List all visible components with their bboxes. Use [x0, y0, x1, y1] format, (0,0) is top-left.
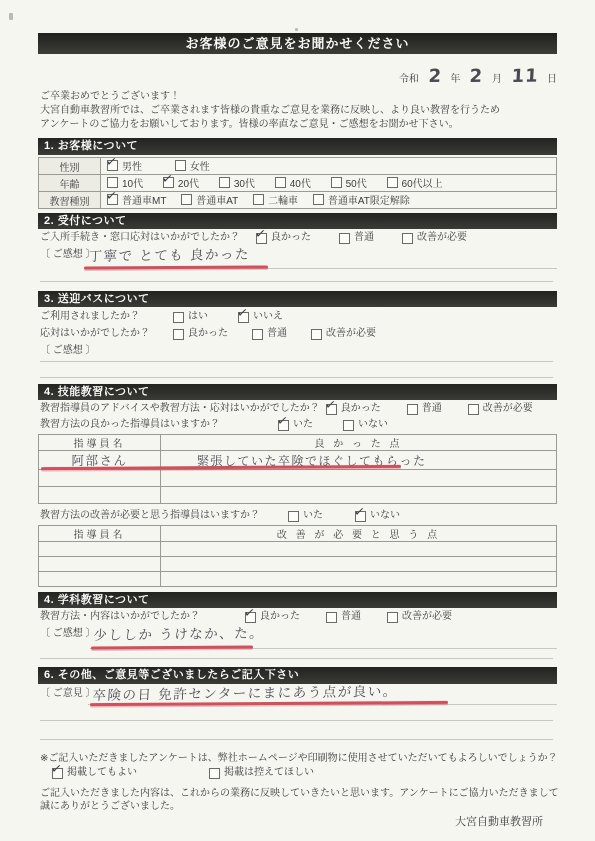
day-unit: 日	[547, 70, 557, 85]
table-row	[39, 572, 557, 587]
section-header-customer: 1. お客様について	[38, 138, 557, 155]
intro-paragraph: ご卒業おめでとうございます！ 大宮自動車教習所では、ご卒業されます皆様の貴重なご…	[40, 90, 557, 132]
section-header-shuttle-bus: 3. 送迎バスについて	[38, 291, 557, 307]
checkbox-label: 30代	[234, 175, 255, 190]
bus-used-question-line: ご利用されましたか？ はい いいえ	[40, 310, 557, 324]
section-title: 6. その他、ご意見等ございましたらご記入下さい	[44, 669, 299, 681]
checkbox-label: 掲載してもよい	[67, 766, 137, 780]
checkbox-option-motorcycle[interactable]: 二輪車	[253, 192, 298, 207]
improve-instructor-table: 指導員名 改 善 が 必 要 と 思 う 点	[38, 525, 557, 587]
skill-question-line: 教習指導員のアドバイスや教習方法・応対はいかがでしたか？ 良かった 普通 改善が…	[40, 402, 557, 416]
improve-instructor-question-line: 教習方法の改善が必要と思う指導員はいますか？ いた いない	[40, 509, 557, 523]
checkbox-label: 普通車MT	[122, 192, 166, 207]
intro-line: アンケートのご協力をお願いしております。皆様の率直なご意見・ご感想をお聞かせ下さ…	[40, 118, 557, 132]
checkbox-icon[interactable]	[107, 177, 118, 188]
checkbox-option-normal[interactable]: 普通	[252, 327, 287, 341]
checkbox-option-yes[interactable]: はい	[173, 310, 208, 324]
checkbox-option-no[interactable]: いいえ	[238, 310, 283, 324]
checkbox-label: 良かった	[260, 610, 300, 624]
publication-consent-note: ※ご記入いただきましたアンケートは、弊社ホームページや印刷物に使用させていただい…	[40, 752, 561, 765]
year-field[interactable]: 2	[428, 66, 443, 87]
good-instructor-question-line: 教習方法の良かった指導員はいますか？ いた いない	[40, 418, 557, 432]
checkbox-option-inai[interactable]: いない	[355, 509, 400, 523]
section-header-skill-training: 4. 技能教習について	[38, 384, 557, 400]
month-unit: 月	[492, 70, 502, 85]
checkbox-label: 良かった	[271, 231, 311, 245]
ruled-line[interactable]	[40, 739, 553, 740]
checkbox-option-at-limited[interactable]: 普通車AT限定解除	[313, 192, 410, 207]
checkbox-label: 良かった	[188, 327, 228, 341]
checkbox-option-needs-improvement[interactable]: 改善が必要	[402, 231, 467, 245]
section-title: 4. 学科教習について	[44, 594, 150, 606]
checkbox-label: はい	[188, 310, 208, 324]
checkbox-icon[interactable]	[256, 233, 267, 244]
era-label: 令和	[399, 70, 419, 85]
checkbox-icon[interactable]	[407, 404, 418, 415]
checkbox-label: 普通	[267, 327, 287, 341]
checkbox-option-good[interactable]: 良かった	[326, 402, 381, 416]
column-header: 改 善 が 必 要 と 思 う 点	[161, 526, 557, 542]
scan-artifact	[9, 13, 13, 20]
checkbox-icon[interactable]	[311, 329, 322, 340]
checkbox-option-needs-improvement[interactable]: 改善が必要	[468, 402, 533, 416]
checkbox-option-age40[interactable]: 40代	[275, 175, 311, 190]
checkbox-option-needs-improvement[interactable]: 改善が必要	[387, 610, 452, 624]
classroom-comment-value: 少ししか うけなか、た。	[93, 622, 265, 644]
checkbox-icon[interactable]	[326, 612, 337, 623]
checkbox-icon[interactable]	[52, 768, 63, 779]
checkbox-label: 60代以上	[402, 175, 443, 190]
ruled-line[interactable]	[40, 377, 553, 378]
ruled-line[interactable]	[40, 720, 553, 721]
month-field[interactable]: 2	[469, 66, 484, 87]
column-header: 良 か っ た 点	[161, 435, 557, 451]
checkbox-icon[interactable]	[278, 420, 289, 431]
ruled-line	[40, 281, 553, 282]
section-header-classroom-training: 4. 学科教習について	[38, 592, 557, 608]
checkbox-option-male[interactable]: 男性	[107, 158, 142, 173]
checkbox-option-good[interactable]: 良かった	[173, 327, 228, 341]
table-header-row: 指導員名 改 善 が 必 要 と 思 う 点	[39, 526, 557, 542]
checkbox-icon[interactable]	[173, 312, 184, 323]
checkbox-option-ita[interactable]: いた	[278, 418, 313, 432]
checkbox-option-age20[interactable]: 20代	[163, 175, 199, 190]
bus-service-question-line: 応対はいかがでしたか？ 良かった 普通 改善が必要	[40, 327, 557, 341]
table-header-row: 指導員名 良 か っ た 点	[39, 435, 557, 451]
checkbox-icon[interactable]	[343, 420, 354, 431]
row-label: 年齢	[39, 175, 101, 192]
section-title: 3. 送迎バスについて	[44, 293, 150, 305]
table-row	[39, 487, 557, 504]
checkbox-icon[interactable]	[209, 768, 220, 779]
section-title: 1. お客様について	[44, 140, 138, 152]
question-text: 教習方法の良かった指導員はいますか？	[40, 418, 220, 432]
checkbox-icon[interactable]	[275, 177, 286, 188]
checkbox-option-inai[interactable]: いない	[343, 418, 388, 432]
comment-label: 〔 ご感想 〕	[40, 344, 96, 358]
checkbox-icon[interactable]	[339, 233, 350, 244]
section-title: 2. 受付について	[44, 215, 127, 227]
checkbox-icon[interactable]	[107, 160, 118, 171]
checkbox-label: 普通	[341, 610, 361, 624]
checkbox-label: 掲載は控えてほしい	[224, 766, 314, 780]
checkbox-icon[interactable]	[313, 194, 324, 205]
school-signature: 大宮自動車教習所	[40, 813, 543, 829]
checkbox-icon[interactable]	[252, 329, 263, 340]
date-line: 令和 2 年 2 月 11 日	[38, 62, 557, 90]
checkbox-label: 普通車AT限定解除	[328, 192, 410, 207]
table-row	[39, 557, 557, 572]
bus-comment-label: 〔 ご感想 〕	[40, 344, 557, 358]
table-row-gender: 性別 男性 女性	[39, 158, 557, 175]
checkbox-label: 20代	[178, 175, 199, 190]
checkbox-icon[interactable]	[107, 194, 118, 205]
checkbox-icon[interactable]	[288, 511, 299, 522]
ruled-line[interactable]	[40, 361, 553, 362]
other-comment-value: 卒険の日 免許センターにまにあう点が良い。	[92, 680, 398, 704]
checkbox-option-publish-ok[interactable]: 掲載してもよい	[52, 766, 137, 780]
checkbox-label: 改善が必要	[417, 231, 467, 245]
checkbox-label: 改善が必要	[483, 402, 533, 416]
checkbox-icon[interactable]	[219, 177, 230, 188]
checkbox-label: いた	[293, 418, 313, 432]
checkbox-label: 改善が必要	[402, 610, 452, 624]
checkbox-option-normal[interactable]: 普通	[326, 610, 361, 624]
column-header: 指導員名	[39, 526, 161, 542]
checkbox-label: 50代	[346, 175, 367, 190]
checkbox-option-needs-improvement[interactable]: 改善が必要	[311, 327, 376, 341]
intro-line: 大宮自動車教習所では、ご卒業されます皆様の貴重なご意見を業務に反映し、より良い教…	[40, 104, 557, 118]
section-title: 4. 技能教習について	[44, 386, 150, 398]
checkbox-icon[interactable]	[355, 511, 366, 522]
closing-message: ご記入いただきました内容は、これからの業務に反映していきたいと思います。アンケー…	[40, 787, 559, 813]
checkbox-label: 良かった	[341, 402, 381, 416]
checkbox-option-normal[interactable]: 普通	[339, 231, 374, 245]
checkbox-icon[interactable]	[238, 312, 249, 323]
question-text: 応対はいかがでしたか？	[40, 327, 173, 341]
checkbox-label: いない	[358, 418, 388, 432]
checkbox-label: 二輪車	[268, 192, 298, 207]
column-header: 指導員名	[39, 435, 161, 451]
question-text: ご利用されましたか？	[40, 310, 173, 324]
checkbox-label: 40代	[290, 175, 311, 190]
table-row	[39, 470, 557, 487]
checkbox-label: 普通車AT	[196, 192, 238, 207]
checkbox-icon[interactable]	[173, 329, 184, 340]
checkbox-label: 普通	[422, 402, 442, 416]
table-row	[39, 542, 557, 557]
checkbox-icon[interactable]	[387, 177, 398, 188]
checkbox-option-normal[interactable]: 普通	[407, 402, 442, 416]
row-label: 教習種別	[39, 192, 101, 209]
checkbox-option-female[interactable]: 女性	[175, 158, 210, 173]
ruled-line	[40, 658, 553, 659]
year-unit: 年	[450, 70, 460, 85]
checkbox-label: 10代	[122, 175, 143, 190]
table-row-course: 教習種別 普通車MT 普通車AT 二輪車 普通車AT限定解除	[39, 192, 557, 209]
reception-comment-value: 丁寧で とても 良かった	[88, 243, 251, 265]
row-label: 性別	[39, 158, 101, 175]
checkbox-icon[interactable]	[468, 404, 479, 415]
checkbox-icon[interactable]	[163, 177, 174, 188]
checkbox-icon[interactable]	[175, 160, 186, 171]
checkbox-option-age30[interactable]: 30代	[219, 175, 255, 190]
checkbox-label: 普通	[354, 231, 374, 245]
scan-artifact	[295, 28, 298, 31]
question-text: 教習方法の改善が必要と思う指導員はいますか？	[40, 509, 260, 523]
checkbox-label: いた	[303, 509, 323, 523]
checkbox-option-publish-no[interactable]: 掲載は控えてほしい	[209, 766, 314, 780]
checkbox-option-ita[interactable]: いた	[288, 509, 323, 523]
comment-label: 〔 ご感想 〕	[40, 248, 96, 262]
publication-consent-options: 掲載してもよい 掲載は控えてほしい	[52, 766, 569, 780]
checkbox-label: 女性	[190, 158, 210, 173]
checkbox-icon[interactable]	[253, 194, 264, 205]
checkbox-label: 改善が必要	[326, 327, 376, 341]
checkbox-option-good[interactable]: 良かった	[256, 231, 311, 245]
checkbox-icon[interactable]	[387, 612, 398, 623]
checkbox-option-mt[interactable]: 普通車MT	[107, 192, 166, 207]
checkbox-label: いいえ	[253, 310, 283, 324]
customer-info-table: 性別 男性 女性 年齢 10代	[38, 157, 557, 209]
checkbox-label: いない	[370, 509, 400, 523]
day-field[interactable]: 11	[511, 66, 539, 87]
form-title: お客様のご意見をお聞かせください	[185, 36, 409, 51]
classroom-question-line: 教習方法・内容はいかがでしたか？ 良かった 普通 改善が必要	[40, 610, 557, 624]
comment-label: 〔 ご意見 〕	[40, 687, 96, 701]
reception-question-line: ご入所手続き・窓口応対はいかがでしたか？ 良かった 普通 改善が必要	[40, 231, 557, 245]
section-header-reception: 2. 受付について	[38, 213, 557, 229]
checkbox-icon[interactable]	[402, 233, 413, 244]
checkbox-icon[interactable]	[326, 404, 337, 415]
checkbox-label: 男性	[122, 158, 142, 173]
survey-form-page: お客様のご意見をお聞かせください 令和 2 年 2 月 11 日 ご卒業おめでと…	[0, 0, 595, 841]
checkbox-option-age60[interactable]: 60代以上	[387, 175, 443, 190]
checkbox-option-at[interactable]: 普通車AT	[181, 192, 238, 207]
form-title-bar: お客様のご意見をお聞かせください	[38, 33, 557, 54]
intro-line: ご卒業おめでとうございます！	[40, 90, 557, 104]
comment-label: 〔 ご感想 〕	[40, 627, 96, 641]
checkbox-option-age50[interactable]: 50代	[331, 175, 367, 190]
checkbox-icon[interactable]	[181, 194, 192, 205]
checkbox-icon[interactable]	[331, 177, 342, 188]
